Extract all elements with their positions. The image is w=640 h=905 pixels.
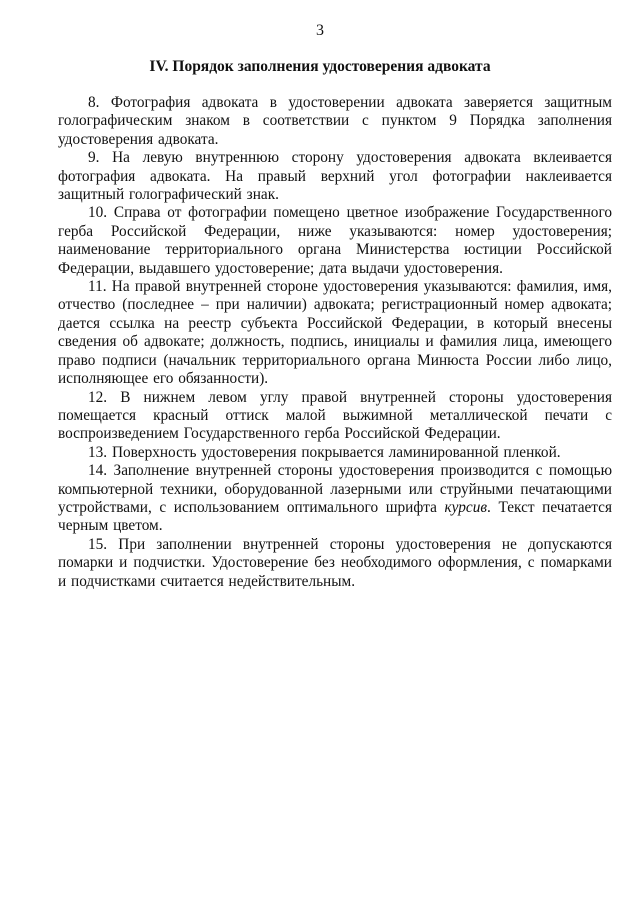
paragraph-11: 11. На правой внутренней стороне удостов… [58, 278, 612, 388]
page-number: 3 [28, 22, 612, 40]
document-page: 3 IV. Порядок заполнения удостоверения а… [0, 0, 640, 905]
paragraph-13: 13. Поверхность удостоверения покрываетс… [58, 444, 612, 462]
paragraph-9: 9. На левую внутреннюю сторону удостовер… [58, 149, 612, 204]
section-heading: IV. Порядок заполнения удостоверения адв… [28, 57, 612, 76]
paragraph-10: 10. Справа от фотографии помещено цветно… [58, 204, 612, 278]
document-body: 8. Фотография адвоката в удостоверении а… [58, 94, 612, 591]
paragraph-8: 8. Фотография адвоката в удостоверении а… [58, 94, 612, 149]
paragraph-14-italic-word: курсив [445, 499, 487, 516]
paragraph-15: 15. При заполнении внутренней стороны уд… [58, 536, 612, 591]
paragraph-14: 14. Заполнение внутренней стороны удосто… [58, 462, 612, 536]
paragraph-12: 12. В нижнем левом углу правой внутренне… [58, 389, 612, 444]
